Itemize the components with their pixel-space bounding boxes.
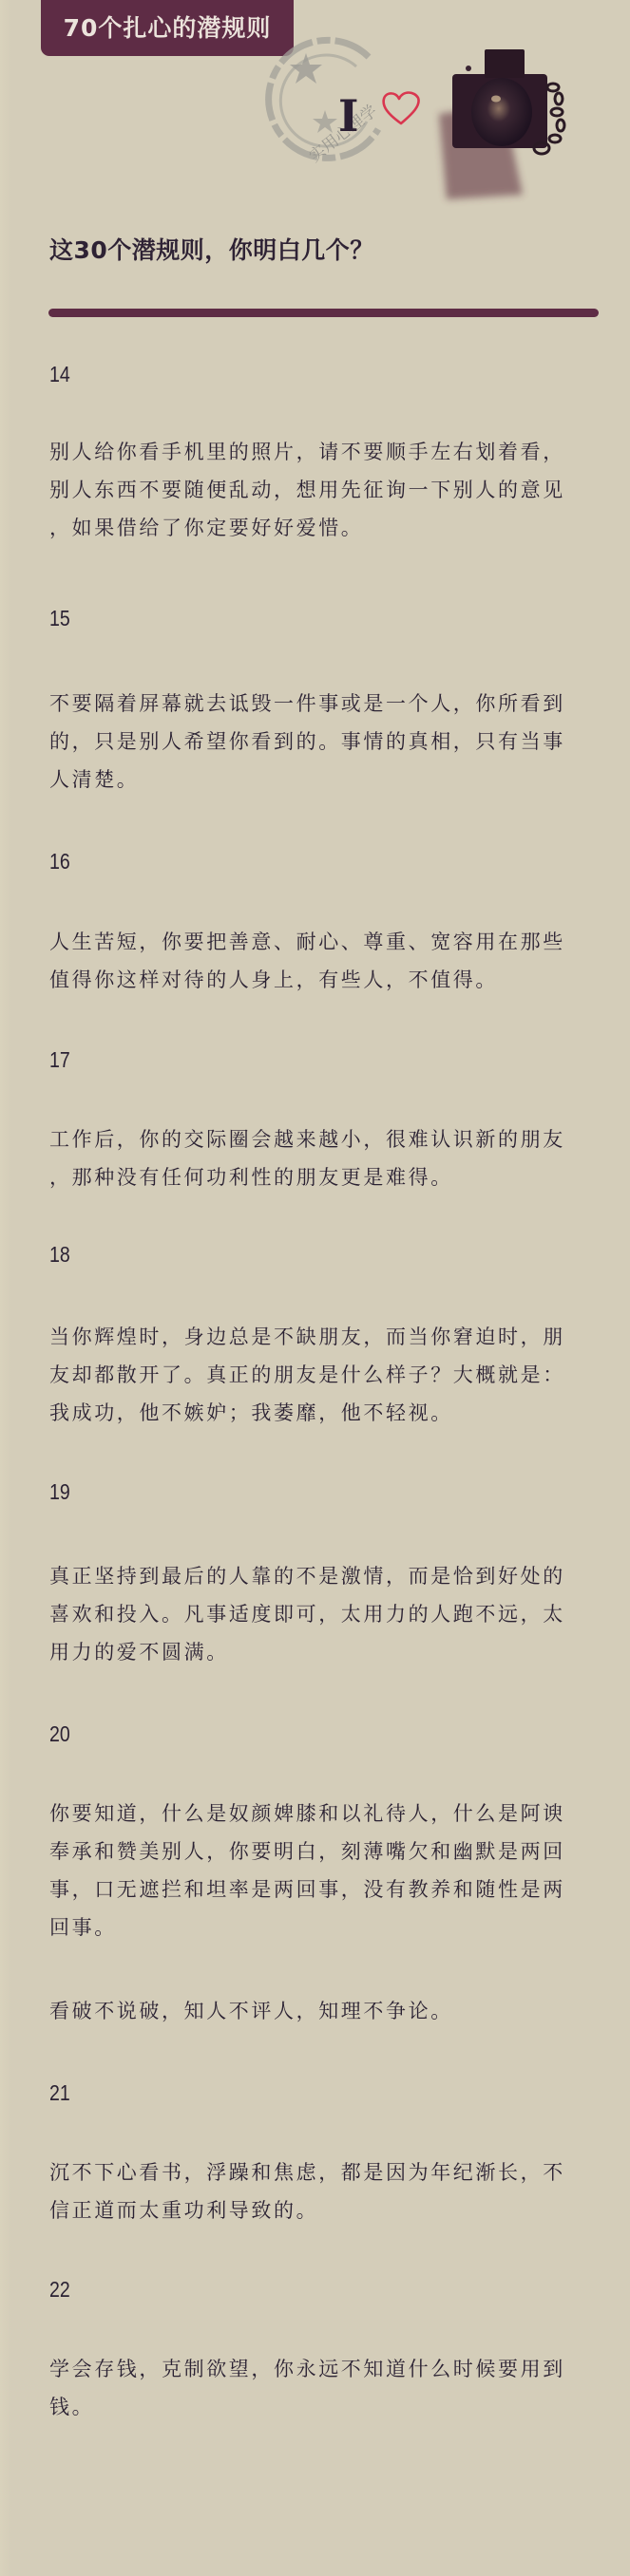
rule-number: 19 [49,1481,70,1503]
rule-number: 18 [49,1244,70,1266]
rule-text: 人生苦短，你要把善意、耐心、尊重、宽容用在那些 值得你这样对待的人身上，有些人，… [49,923,610,999]
rule-number: 17 [49,1049,70,1071]
text-line: 信正道而太重功利导致的。 [49,2191,610,2229]
text-line: 别人给你看手机里的照片，请不要顺手左右划着看， [49,433,610,471]
article-title: 70个扎心的潜规则 [64,9,272,44]
rule-text: 当你辉煌时，身边总是不缺朋友，而当你窘迫时，朋 友却都散开了。真正的朋友是什么样… [49,1318,610,1432]
text-line: 当你辉煌时，身边总是不缺朋友，而当你窘迫时，朋 [49,1318,610,1356]
text-line: 人生苦短，你要把善意、耐心、尊重、宽容用在那些 [49,923,610,961]
heart-icon [380,87,422,129]
text-line: 学会存钱，克制欲望，你永远不知道什么时候要用到 [49,2350,610,2388]
text-line: 真正坚持到最后的人靠的不是激情，而是恰到好处的 [49,1557,610,1595]
text-line: ，如果借给了你定要好好爱惜。 [49,509,610,547]
text-line: 钱。 [49,2388,610,2426]
rule-text: 学会存钱，克制欲望，你永远不知道什么时候要用到 钱。 [49,2350,610,2426]
text-line: 人清楚。 [49,761,610,799]
text-line: ，那种没有任何功利性的朋友更是难得。 [49,1158,610,1196]
text-line: 奉承和赞美别人，你要明白，刻薄嘴欠和幽默是两回 [49,1833,610,1871]
text-line: 回事。 [49,1908,610,1946]
section-heading: 这30个潜规则，你明白几个？ [49,232,374,266]
text-line: 不要隔着屏幕就去诋毁一件事或是一个人，你所看到 [49,685,610,723]
text-line: 沉不下心看书，浮躁和焦虑，都是因为年纪渐长，不 [49,2153,610,2191]
heading-divider [48,309,599,317]
rule-text: 真正坚持到最后的人靠的不是激情，而是恰到好处的 喜欢和投入。凡事适度即可，太用力… [49,1557,610,1671]
rule-text: 别人给你看手机里的照片，请不要顺手左右划着看， 别人东西不要随便乱动，想用先征询… [49,433,610,547]
rule-number: 22 [49,2279,70,2301]
camera-icon [418,38,580,209]
text-line: 的，只是别人希望你看到的。事情的真相，只有当事 [49,723,610,761]
text-line: 用力的爱不圆满。 [49,1633,610,1671]
text-line: 事，口无遮拦和坦率是两回事，没有教养和随性是两 [49,1871,610,1908]
rule-number: 21 [49,2082,70,2104]
stamp-icon: 实用心理学 [257,27,399,169]
rule-number: 15 [49,608,70,630]
text-line: 喜欢和投入。凡事适度即可，太用力的人跑不远，太 [49,1595,610,1633]
text-line: 我成功，他不嫉妒；我萎靡，他不轻视。 [49,1394,610,1432]
text-line: 友却都散开了。真正的朋友是什么样子？大概就是： [49,1356,610,1394]
page-edge [0,0,11,2576]
rule-number: 16 [49,851,70,873]
text-line: 工作后，你的交际圈会越来越小，很难认识新的朋友 [49,1120,610,1158]
rule-text: 沉不下心看书，浮躁和焦虑，都是因为年纪渐长，不 信正道而太重功利导致的。 [49,2153,610,2229]
text-line: 别人东西不要随便乱动，想用先征询一下别人的意见 [49,471,610,509]
text-line: 看破不说破，知人不评人，知理不争论。 [49,1992,610,2030]
rule-text: 不要隔着屏幕就去诋毁一件事或是一个人，你所看到 的，只是别人希望你看到的。事情的… [49,685,610,799]
rule-number: 14 [49,364,70,385]
article-page: 70个扎心的潜规则 实用心理学 I [0,0,630,2576]
love-letter-i: I [338,94,359,138]
rule-text: 你要知道，什么是奴颜婢膝和以礼待人，什么是阿谀 奉承和赞美别人，你要明白，刻薄嘴… [49,1795,610,1946]
rule-number: 20 [49,1723,70,1745]
header-banner: 70个扎心的潜规则 实用心理学 I [0,0,630,214]
text-line: 你要知道，什么是奴颜婢膝和以礼待人，什么是阿谀 [49,1795,610,1833]
rule-text-extra: 看破不说破，知人不评人，知理不争论。 [49,1992,610,2030]
rule-text: 工作后，你的交际圈会越来越小，很难认识新的朋友 ，那种没有任何功利性的朋友更是难… [49,1120,610,1196]
text-line: 值得你这样对待的人身上，有些人，不值得。 [49,961,610,999]
